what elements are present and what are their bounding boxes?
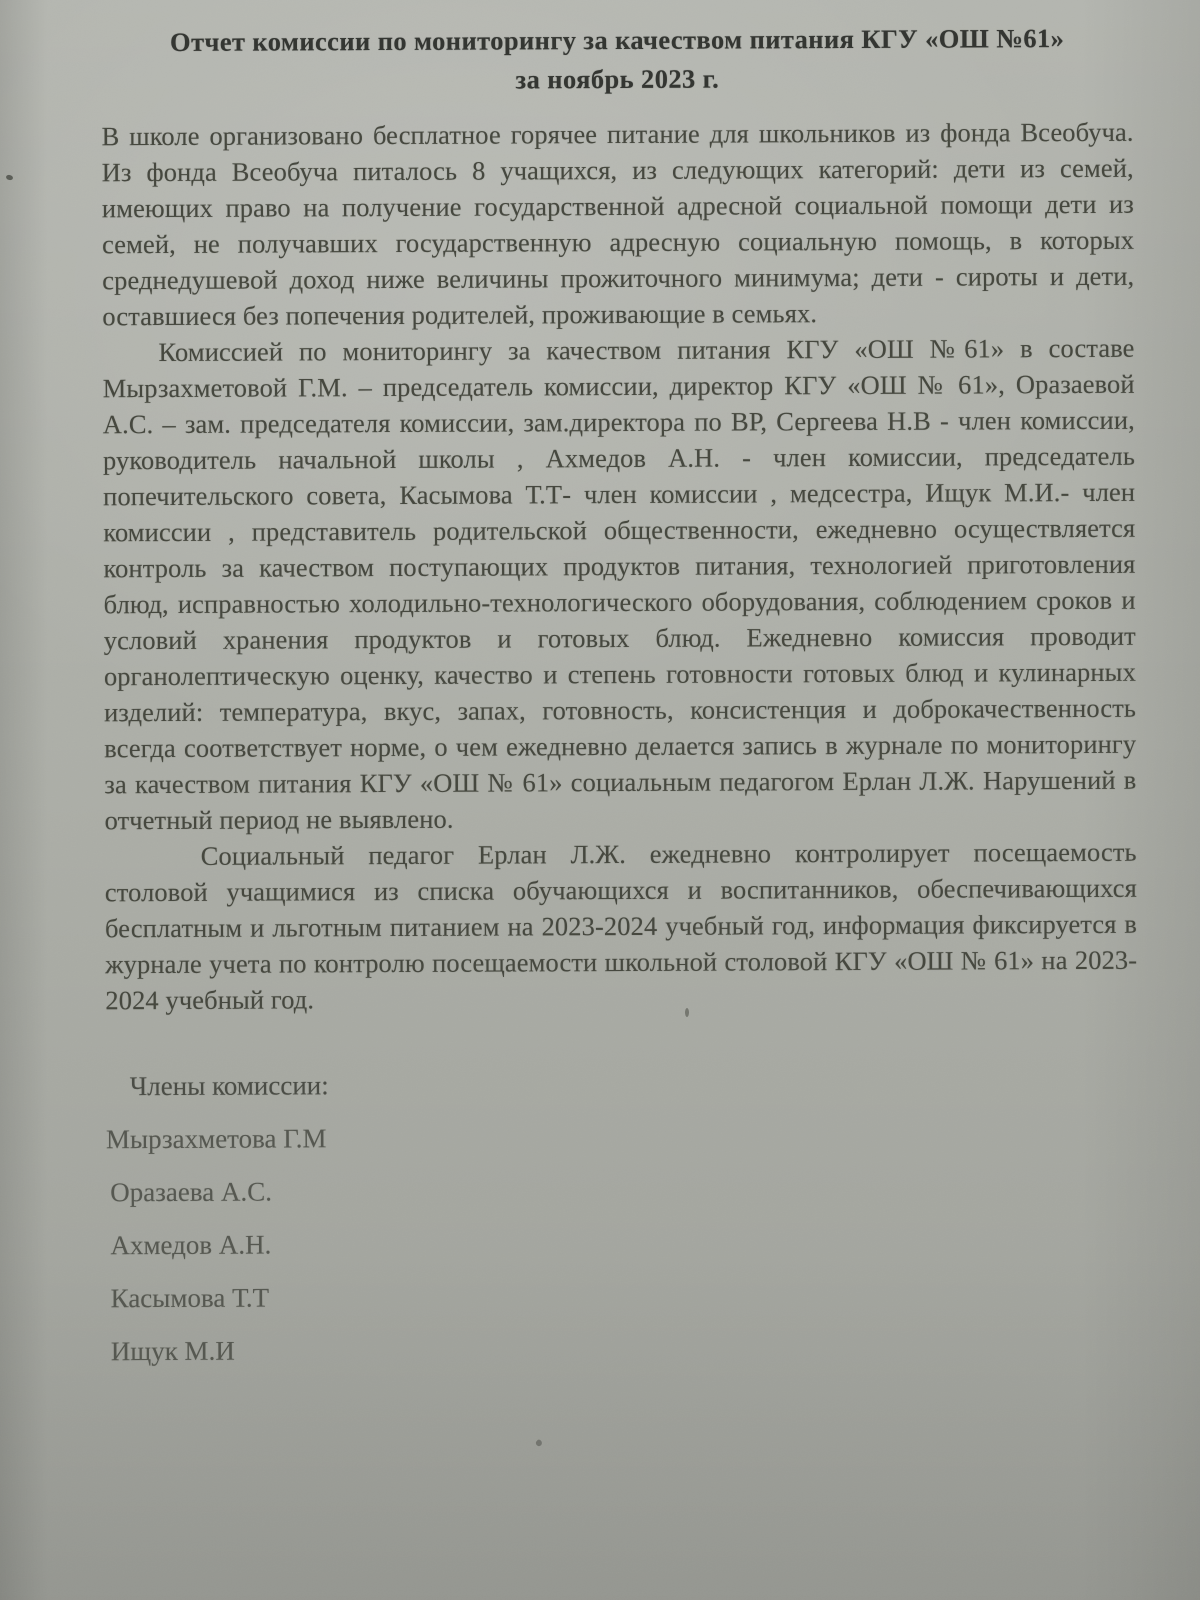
document-body: В школе организовано бесплатное горячее … <box>101 114 1137 1018</box>
paragraph-social-pedagogue: Социальный педагог Ерлан Л.Ж. ежедневно … <box>105 834 1138 1019</box>
document-page: Отчет комиссии по мониторингу за качеств… <box>0 0 1200 1600</box>
member-name: Ищук М.И <box>111 1329 1139 1369</box>
scan-speck <box>535 1439 543 1447</box>
paragraph-commission-monitoring: Комиссией по мониторингу за качеством пи… <box>102 330 1136 838</box>
document-subtitle: за ноябрь 2023 г. <box>101 58 1133 101</box>
member-name: Касымова Т.Т <box>111 1276 1139 1316</box>
document-content: Отчет комиссии по мониторингу за качеств… <box>101 18 1139 1369</box>
members-heading: Члены комиссии: <box>130 1064 1138 1104</box>
members-section: Члены комиссии: Мырзахметова Г.М Оразаев… <box>106 1064 1139 1370</box>
scan-speck <box>5 174 13 181</box>
paragraph-free-meals: В школе организовано бесплатное горячее … <box>101 114 1134 335</box>
member-name: Оразаева А.С. <box>110 1170 1138 1210</box>
member-name: Ахмедов А.Н. <box>110 1223 1138 1263</box>
member-name: Мырзахметова Г.М <box>106 1117 1138 1158</box>
document-title: Отчет комиссии по мониторингу за качеств… <box>101 18 1133 63</box>
